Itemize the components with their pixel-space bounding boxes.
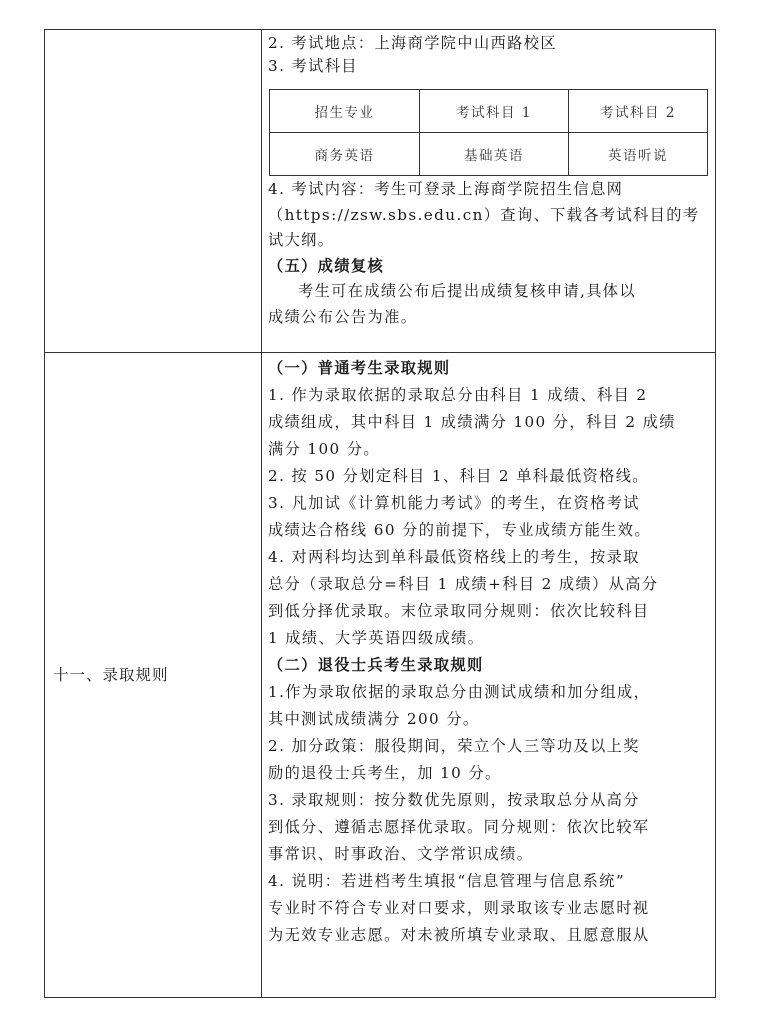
- exam-content-block: 4. 考试内容：考生可登录上海商学院招生信息网 （https://zsw.sbs…: [268, 177, 708, 331]
- veteran-rule-line: 事常识、时事政治、文学常识成绩。: [268, 841, 708, 868]
- general-rule-line: 成绩达合格线 60 分的前提下，专业成绩方能生效。: [268, 517, 708, 544]
- exam-table-row: 商务英语 基础英语 英语听说: [270, 133, 707, 176]
- score-review-heading: （五）成绩复核: [268, 254, 708, 280]
- veteran-rule-line: 3. 录取规则：按分数优先原则，按录取总分从高分: [268, 787, 708, 814]
- row-divider: [45, 352, 715, 353]
- general-rule-line: 成绩组成，其中科目 1 成绩满分 100 分，科目 2 成绩: [268, 409, 708, 436]
- exam-content-line: 试大纲。: [268, 228, 708, 254]
- section-label: 十一、录取规则: [53, 663, 169, 685]
- general-rule-line: 满分 100 分。: [268, 436, 708, 463]
- veteran-rule-line: 2. 加分政策：服役期间，荣立个人三等功及以上奖: [268, 733, 708, 760]
- cell-subject-1: 基础英语: [420, 133, 569, 176]
- general-rule-line: 4. 对两科均达到单科最低资格线上的考生，按录取: [268, 544, 708, 571]
- general-rule-line: 1. 作为录取依据的录取总分由科目 1 成绩、科目 2: [268, 382, 708, 409]
- veteran-rule-line: 励的退役士兵考生，加 10 分。: [268, 760, 708, 787]
- header-subject-1: 考试科目 1: [420, 90, 569, 133]
- exam-subjects-line: 3. 考试科目: [268, 55, 708, 78]
- general-rule-line: 总分（录取总分=科目 1 成绩+科目 2 成绩）从高分: [268, 571, 708, 598]
- exam-subjects-table: 招生专业 考试科目 1 考试科目 2 商务英语 基础英语 英语听说: [269, 89, 708, 176]
- veteran-rule-line: 1.作为录取依据的录取总分由测试成绩和加分组成，: [268, 679, 708, 706]
- cell-major: 商务英语: [270, 133, 420, 176]
- veteran-rules-heading: （二）退役士兵考生录取规则: [268, 652, 708, 679]
- veteran-rule-line: 到低分、遵循志愿择优录取。同分规则：依次比较军: [268, 814, 708, 841]
- exam-location-line: 2. 考试地点：上海商学院中山西路校区: [268, 32, 708, 55]
- veteran-rule-line: 为无效专业志愿。对未被所填专业录取、且愿意服从: [268, 922, 708, 949]
- exam-table-header-row: 招生专业 考试科目 1 考试科目 2: [270, 90, 707, 133]
- veteran-rule-line: 专业时不符合专业对口要求，则录取该专业志愿时视: [268, 895, 708, 922]
- general-rule-line: 3. 凡加试《计算机能力考试》的考生，在资格考试: [268, 490, 708, 517]
- admission-rules-table: 十一、录取规则 2. 考试地点：上海商学院中山西路校区 3. 考试科目 招生专业…: [44, 29, 716, 998]
- exam-content-line: 4. 考试内容：考生可登录上海商学院招生信息网: [268, 177, 708, 203]
- veteran-rule-line: 其中测试成绩满分 200 分。: [268, 706, 708, 733]
- score-review-text: 考生可在成绩公布后提出成绩复核申请,具体以: [268, 279, 708, 305]
- cell-subject-2: 英语听说: [569, 133, 708, 176]
- column-divider: [261, 30, 262, 997]
- exam-content-url-line: （https://zsw.sbs.edu.cn）查询、下载各考试科目的考: [268, 203, 708, 229]
- admission-rules-cell: （一）普通考生录取规则 1. 作为录取依据的录取总分由科目 1 成绩、科目 2 …: [268, 355, 708, 949]
- general-rule-line: 2. 按 50 分划定科目 1、科目 2 单科最低资格线。: [268, 463, 708, 490]
- exam-info-cell: 2. 考试地点：上海商学院中山西路校区 3. 考试科目: [268, 32, 708, 78]
- header-subject-2: 考试科目 2: [569, 90, 708, 133]
- general-rule-line: 到低分择优录取。末位录取同分规则：依次比较科目: [268, 598, 708, 625]
- header-major: 招生专业: [270, 90, 420, 133]
- general-rule-line: 1 成绩、大学英语四级成绩。: [268, 625, 708, 652]
- score-review-text: 成绩公布公告为准。: [268, 305, 708, 331]
- general-rules-heading: （一）普通考生录取规则: [268, 355, 708, 382]
- veteran-rule-line: 4. 说明：若进档考生填报“信息管理与信息系统”: [268, 868, 708, 895]
